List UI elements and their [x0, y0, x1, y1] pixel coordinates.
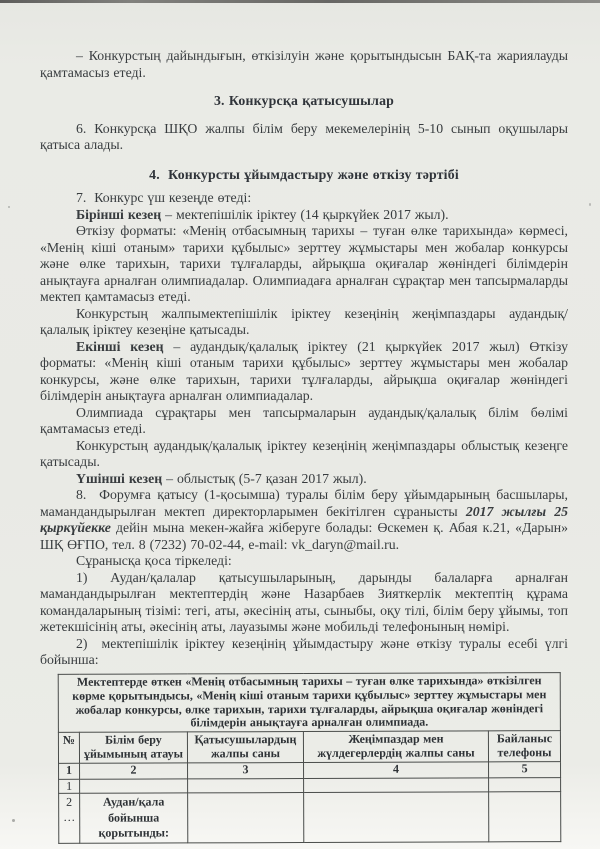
report-template-table: Мектептерде өткен «Менің отбасымның тари…	[58, 672, 562, 844]
stage-2-winners: Конкурстың аудандық/қалалық іріктеу кезе…	[40, 438, 568, 471]
column-number: 4	[304, 761, 489, 777]
table-row: 1	[59, 777, 561, 794]
column-number-row: 1 2 3 4 5	[59, 761, 561, 779]
table-row: 2 … Аудан/қала бойынша қорытынды:	[59, 791, 561, 842]
stage-2-line: Екінші кезең – аудандық/қалалық іріктеу …	[40, 339, 568, 405]
table-header-phone: Байланыс телефоны	[488, 730, 560, 761]
winners-cell	[304, 792, 489, 842]
stage-1-label: Бірінші кезең	[76, 207, 161, 222]
paragraph-8: 8. Форумға қатысу (1-қосымша) туралы біл…	[40, 487, 568, 553]
column-number: 5	[489, 761, 561, 777]
stage-2-questions: Олимпиада сұрақтары мен тапсырмаларын ау…	[40, 405, 568, 438]
row-number-cell: 1	[59, 778, 80, 793]
phone-cell	[489, 777, 561, 792]
paragraph-7-intro: 7. Конкурс үш кезеңде өтеді:	[40, 190, 568, 207]
stage-1-line: Бірінші кезең – мектепішілік іріктеу (14…	[40, 207, 568, 224]
table-header-participants: Қатысушылардың жалпы саны	[187, 731, 303, 762]
table-caption: Мектептерде өткен «Менің отбасымның тари…	[58, 672, 560, 732]
stage-2-label: Екінші кезең	[76, 339, 164, 354]
table-header-winners: Жеңімпаздар мен жүлдегерлердің жалпы сан…	[303, 731, 488, 762]
participants-cell	[188, 792, 304, 842]
table-header-number: №	[58, 732, 79, 763]
stage-3-label: Үшінші кезең	[76, 471, 162, 486]
attachment-1: 1) Аудан/қалалар қатысушыларының, дарынд…	[40, 570, 568, 636]
organization-cell	[80, 778, 188, 793]
column-number: 3	[188, 762, 304, 778]
intro-list-item: – Конкурстың дайындығын, өткізілуін және…	[40, 48, 568, 81]
scan-speck	[12, 819, 15, 822]
paragraph-6: 6. Конкурсқа ШҚО жалпы білім беру мекеме…	[40, 121, 568, 154]
paragraph-8-after: дейін мына мекен-жайға жіберуге болады: …	[40, 520, 568, 552]
attachment-2: 2) мектепішілік іріктеу кезеңінің ұйымда…	[40, 636, 568, 669]
stage-1-format: Өткізу форматы: «Менің отбасымның тарихы…	[40, 223, 568, 306]
column-number: 2	[80, 762, 188, 778]
stage-3-text: – облыстық (5-7 қазан 2017 жыл).	[162, 471, 367, 486]
table-caption-row: Мектептерде өткен «Менің отбасымның тари…	[58, 672, 560, 732]
scan-speck	[589, 203, 591, 206]
attach-intro: Сұранысқа қоса тіркеледі:	[40, 553, 568, 570]
organization-cell: Аудан/қала бойынша қорытынды:	[80, 793, 188, 843]
table-header-organization: Білім беру ұйымының атауы	[79, 732, 187, 763]
document-page: – Конкурстың дайындығын, өткізілуін және…	[40, 48, 568, 842]
column-number: 1	[59, 763, 80, 779]
participants-cell	[188, 778, 304, 793]
row-number-cell: 2 …	[59, 793, 80, 843]
stage-1-winners: Конкурстың жалпымектепішілік іріктеу кез…	[40, 306, 568, 339]
winners-cell	[304, 777, 489, 792]
section-4-heading: 4. Конкурсты ұйымдастыру және өткізу тәр…	[40, 167, 568, 184]
phone-cell	[489, 791, 561, 841]
section-3-heading: 3. Конкурсқа қатысушылар	[40, 93, 568, 110]
scan-top-edge	[0, 0, 600, 3]
stage-1-text: – мектепішілік іріктеу (14 қыркүйек 2017…	[161, 207, 448, 222]
scan-speck	[8, 206, 10, 208]
table-header-row: № Білім беру ұйымының атауы Қатысушылард…	[58, 730, 560, 762]
stage-3-line: Үшінші кезең – облыстық (5-7 қазан 2017 …	[40, 471, 568, 488]
